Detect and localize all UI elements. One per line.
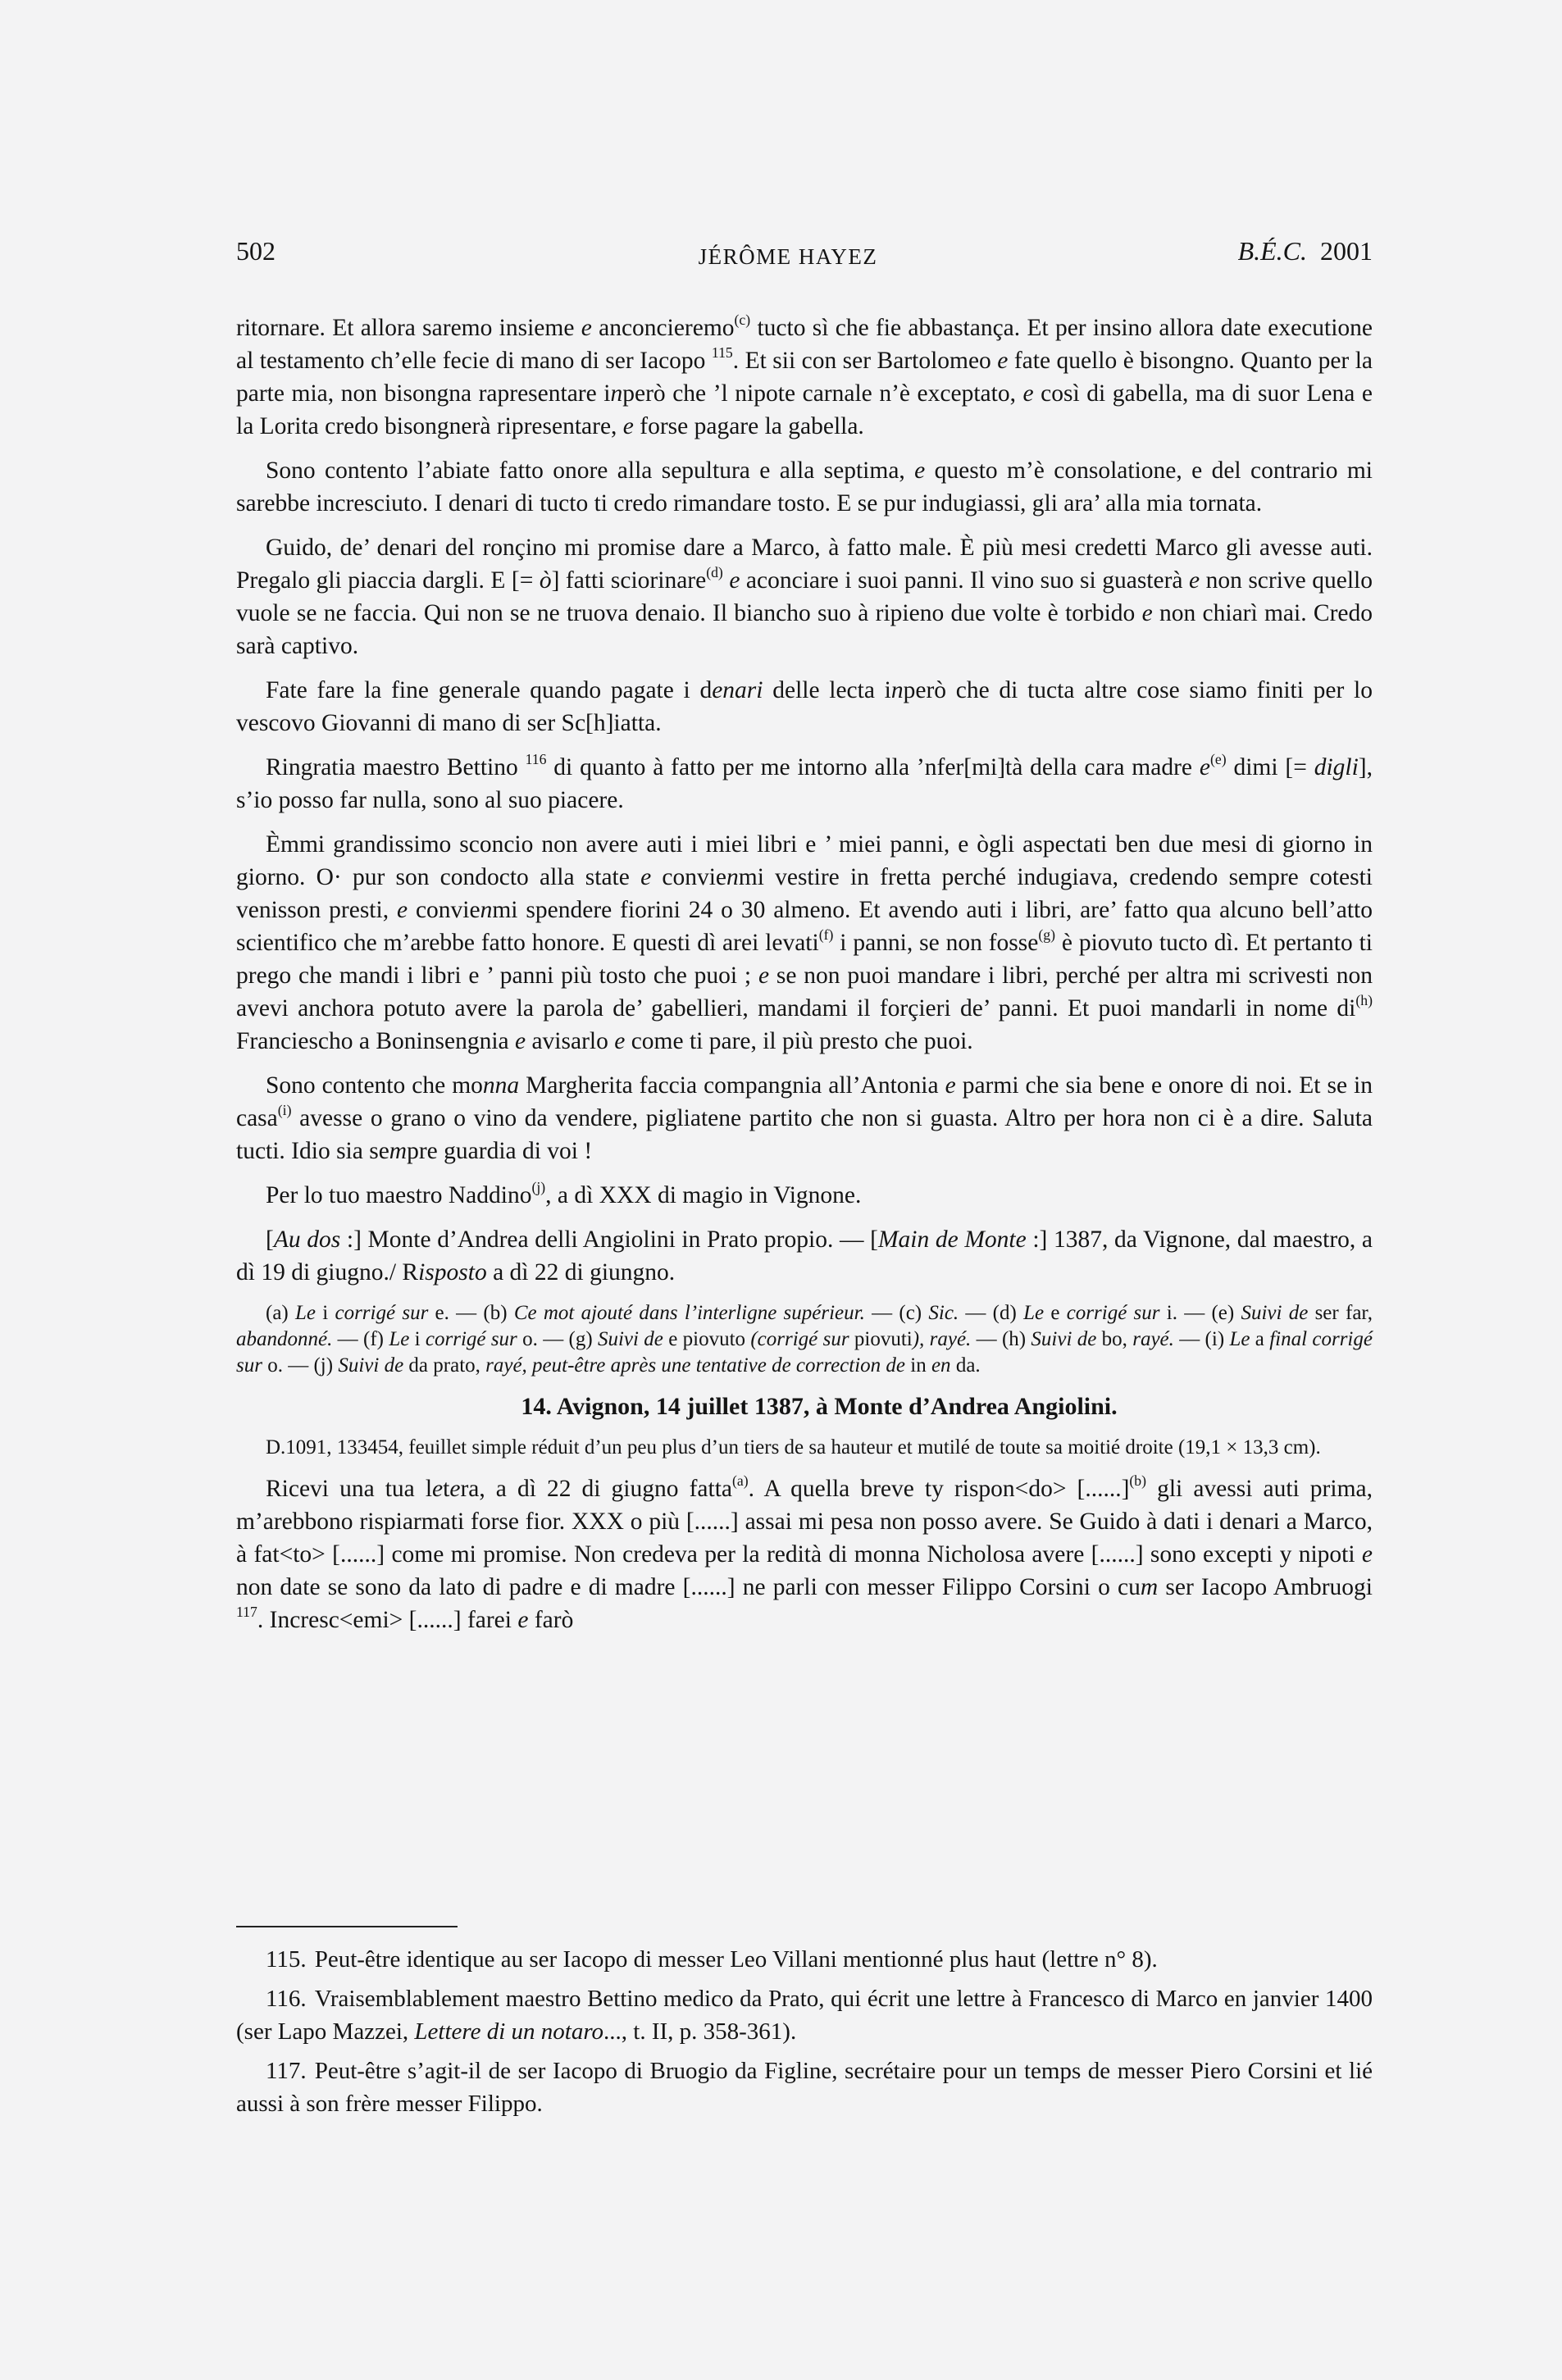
footnote-text: Peut-être s’agit-il de ser Iacopo di Bru… [236, 2058, 1373, 2117]
critical-apparatus: (a) Le i corrigé sur e. — (b) Ce mot ajo… [236, 1300, 1373, 1379]
journal-abbreviation: B.É.C. [1238, 236, 1307, 266]
paragraph: Fate fare la fine generale quando pagate… [236, 674, 1373, 739]
footnote-115: 115.Peut-être identique au ser Iacopo di… [236, 1943, 1373, 1976]
running-head-author: JÉRÔME HAYEZ [236, 244, 1373, 270]
footnote-divider [236, 1926, 458, 1927]
main-text: ritornare. Et allora saremo insieme e an… [236, 312, 1373, 1648]
paragraph: Guido, de’ denari del ronçino mi promise… [236, 531, 1373, 662]
paragraph: Ringratia maestro Bettino 116 di quanto … [236, 751, 1373, 817]
footnote-number: 117. [266, 2058, 307, 2084]
footnote-117: 117.Peut-être s’agit-il de ser Iacopo di… [236, 2055, 1373, 2120]
journal-year: 2001 [1320, 236, 1373, 266]
paragraph: Sono contento l’abiate fatto onore alla … [236, 454, 1373, 520]
running-head-journal: B.É.C. 2001 [1238, 236, 1373, 266]
section-heading: 14. Avignon, 14 juillet 1387, à Monte d’… [236, 1390, 1373, 1423]
paragraph: Èmmi grandissimo sconcio non avere auti … [236, 828, 1373, 1058]
paragraph: Sono contento che monna Margherita facci… [236, 1069, 1373, 1167]
footnotes: 115.Peut-être identique au ser Iacopo di… [236, 1943, 1373, 2127]
source-description: D.1091, 133454, feuillet simple réduit d… [236, 1435, 1373, 1461]
footnote-text: Vraisemblablement maestro Bettino medico… [236, 1986, 1373, 2045]
signature-paragraph: Per lo tuo maestro Naddino(j), a dì XXX … [236, 1179, 1373, 1212]
paragraph: ritornare. Et allora saremo insieme e an… [236, 312, 1373, 443]
letter-paragraph: Ricevi una tua letera, a dì 22 di giugno… [236, 1472, 1373, 1636]
footnote-116: 116.Vraisemblablement maestro Bettino me… [236, 1982, 1373, 2048]
footnote-text: Peut-être identique au ser Iacopo di mes… [315, 1946, 1158, 1973]
footnote-number: 116. [266, 1986, 307, 2012]
footnote-number: 115. [266, 1946, 307, 1973]
running-head: 502 JÉRÔME HAYEZ B.É.C. 2001 [236, 236, 1373, 272]
endorsement-paragraph: [Au dos :] Monte d’Andrea delli Angiolin… [236, 1223, 1373, 1289]
